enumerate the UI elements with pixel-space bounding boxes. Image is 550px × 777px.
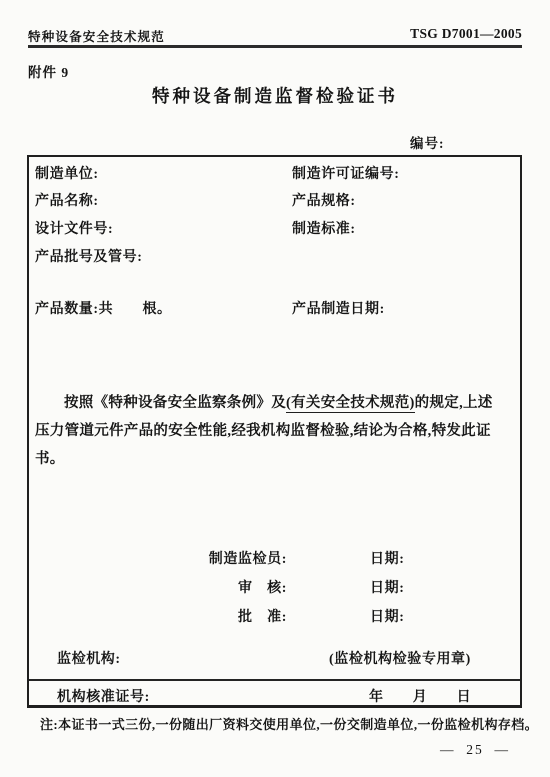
sig-label-approver: 批 准: <box>29 606 287 626</box>
scanned-document-page: { "header": { "spec_title": "特种设备安全技术规范"… <box>0 0 550 777</box>
approval-cert-no-label: 机构核准证号: <box>57 686 150 706</box>
footnote: 注:本证书一式三份,一份随出厂资料交使用单位,一份交制造单位,一份监检机构存档。 <box>40 714 538 733</box>
header-rule <box>28 45 522 48</box>
statement-underlined-regulation: (有关安全技术规范) <box>286 395 415 413</box>
sig-label-inspector: 制造监检员: <box>29 548 287 568</box>
page-number: — 25 — <box>440 742 510 758</box>
field-manufacturer: 制造单位: <box>35 163 99 183</box>
approval-row-divider <box>29 679 520 681</box>
sig-date-approver: 日期: <box>370 606 404 626</box>
field-design-doc-no: 设计文件号: <box>35 218 113 238</box>
certificate-title: 特种设备制造监督检验证书 <box>0 83 550 108</box>
attachment-label: 附件 9 <box>28 61 69 81</box>
sig-date-inspector: 日期: <box>370 548 404 568</box>
sig-label-reviewer: 审 核: <box>29 577 287 597</box>
field-quantity: 产品数量:共 根。 <box>35 298 172 318</box>
agency-label: 监检机构: <box>57 648 121 668</box>
document-code: TSG D7001—2005 <box>410 26 522 42</box>
sig-date-reviewer: 日期: <box>370 577 404 597</box>
field-product-spec: 产品规格: <box>292 190 356 210</box>
field-mfg-date: 产品制造日期: <box>292 298 385 318</box>
statement-part1: 按照《特种设备安全监察条例》及 <box>64 395 286 411</box>
conclusion-statement: 按照《特种设备安全监察条例》及(有关安全技术规范)的规定,上述压力管道元件产品的… <box>35 389 507 473</box>
agency-seal-note: (监检机构检验专用章) <box>329 648 471 668</box>
spec-title: 特种设备安全技术规范 <box>28 27 165 45</box>
approval-date-blanks: 年 月 日 <box>369 686 471 706</box>
field-license-no: 制造许可证编号: <box>292 163 399 183</box>
field-product-name: 产品名称: <box>35 190 99 210</box>
certificate-box: 制造单位: 制造许可证编号: 产品名称: 产品规格: 设计文件号: 制造标准: … <box>27 155 522 708</box>
serial-number-label: 编号: <box>410 132 445 152</box>
field-mfg-standard: 制造标准: <box>292 218 356 238</box>
field-batch-pipe-no: 产品批号及管号: <box>35 246 142 266</box>
